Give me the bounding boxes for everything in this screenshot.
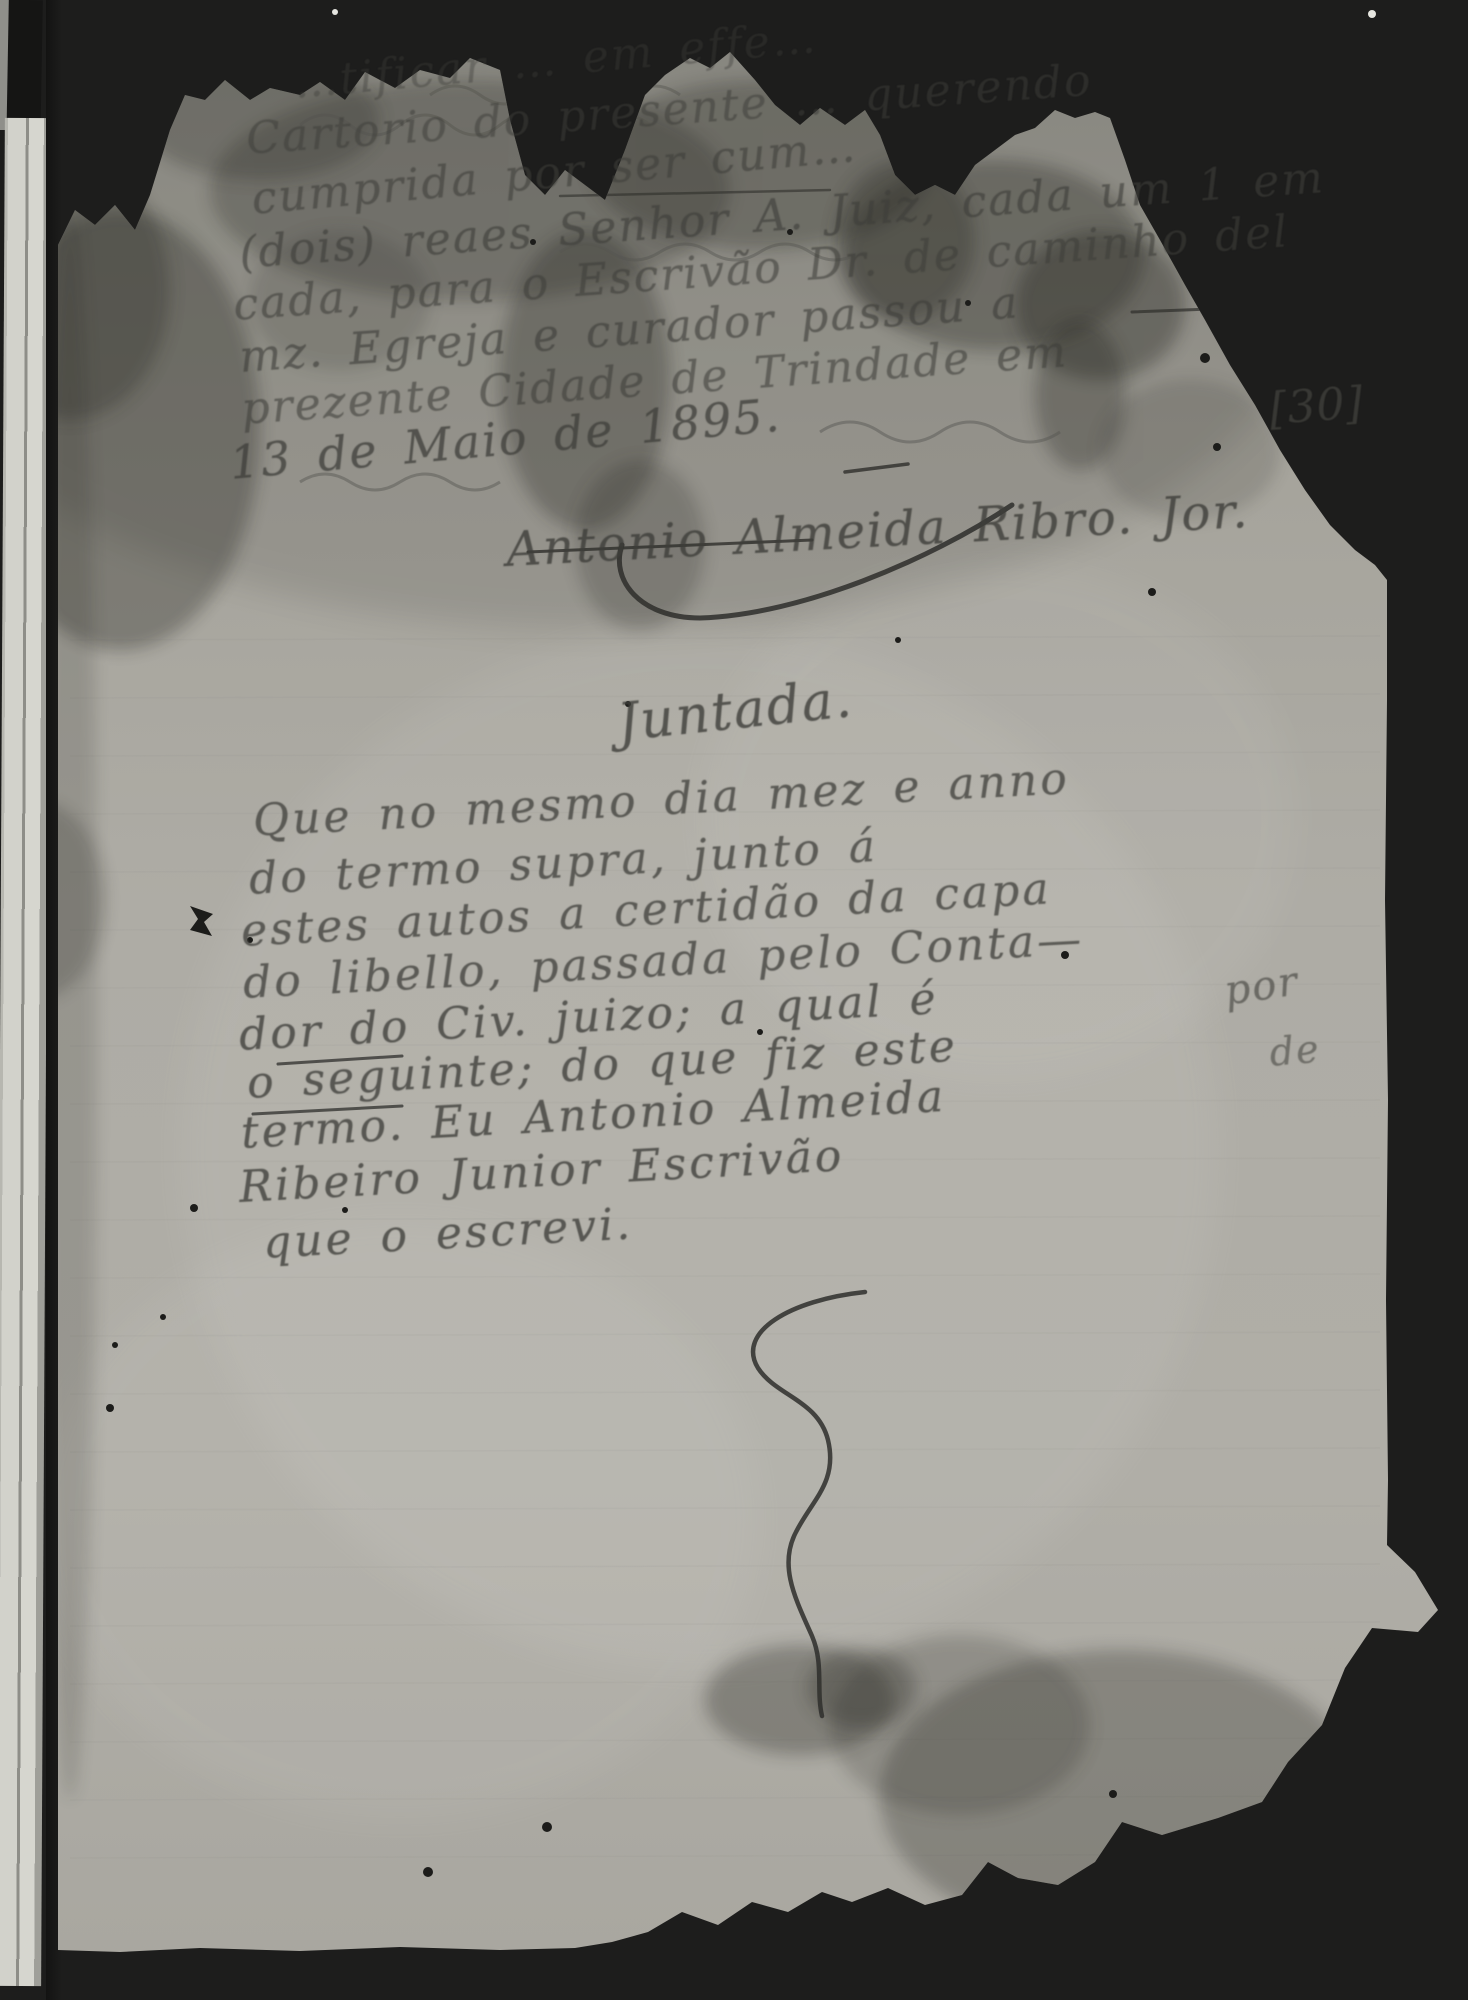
margin-fragment: de — [1268, 1030, 1322, 1072]
folio-number: [30] — [1268, 381, 1365, 431]
dust-specks — [332, 9, 1376, 18]
scanned-manuscript-page: …tificar … em effe… Cartorio do presente… — [0, 0, 1468, 2000]
margin-fragment: por — [1222, 962, 1302, 1012]
